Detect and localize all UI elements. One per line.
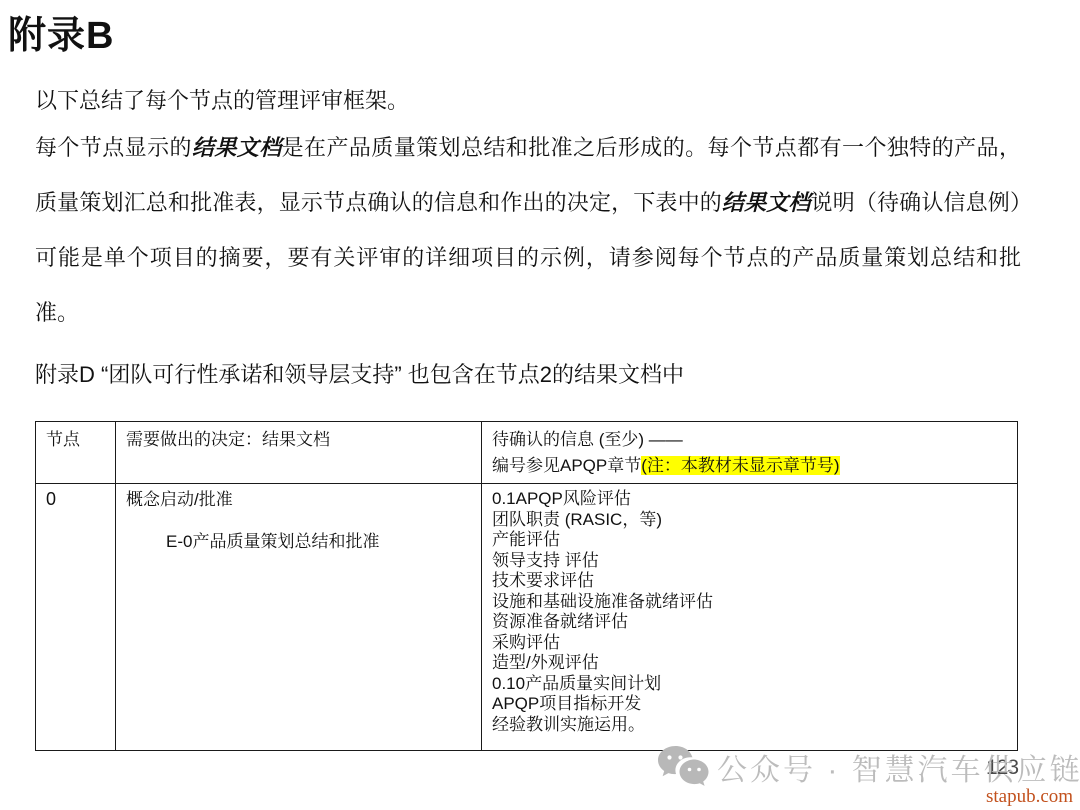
page-title: 附录B (8, 4, 114, 59)
info-item: 产能评估 (492, 530, 1009, 551)
info-item: 经验教训实施运用。 (492, 715, 1009, 736)
info-item: 设施和基础设施准备就绪评估 (492, 592, 1009, 613)
header-decision: 需要做出的决定：结果文档 (116, 422, 482, 484)
info-item-list: 0.1APQP风险评估团队职责 (RASIC，等)产能评估领导支持 评估技术要求… (492, 489, 1009, 735)
paragraph-main-seg1: 每个节点显示的 (35, 135, 192, 160)
header-info-line1: 待确认的信息 (至少) —— (492, 427, 1009, 453)
decision-line2: E-0产品质量策划总结和批准 (126, 531, 473, 552)
info-item: 领导支持 评估 (492, 551, 1009, 572)
info-item: 0.1APQP风险评估 (492, 489, 1009, 510)
info-item: APQP项目指标开发 (492, 694, 1009, 715)
watermark-label: 公众号 · 智慧汽车供应链 (717, 745, 1080, 789)
paragraph-appendix-d: 附录D “团队可行性承诺和领导层支持” 也包含在节点2的结果文档中 (35, 358, 1021, 389)
watermark: 公众号 · 智慧汽车供应链 (655, 744, 1080, 790)
decision-line1: 概念启动/批准 (126, 489, 473, 510)
site-link: stapub.com (986, 786, 1073, 808)
cell-decision: 概念启动/批准 E-0产品质量策划总结和批准 (116, 484, 482, 751)
table-header-row: 节点 需要做出的决定：结果文档 待确认的信息 (至少) —— 编号参见APQP章… (36, 422, 1018, 484)
header-node: 节点 (36, 422, 116, 484)
cell-info: 0.1APQP风险评估团队职责 (RASIC，等)产能评估领导支持 评估技术要求… (482, 484, 1018, 751)
info-item: 造型/外观评估 (492, 653, 1009, 674)
info-item: 资源准备就绪评估 (492, 612, 1009, 633)
management-review-table: 节点 需要做出的决定：结果文档 待确认的信息 (至少) —— 编号参见APQP章… (35, 421, 1018, 751)
header-info-line2-prefix: 编号参见APQP章节 (492, 456, 641, 475)
wechat-icon (655, 744, 711, 790)
header-info-note-highlight: (注：本教材未显示章节号) (641, 456, 839, 475)
paragraph-main-emph1: 结果文档 (192, 135, 282, 160)
node-value: 0 (46, 489, 107, 510)
header-info-line2: 编号参见APQP章节(注：本教材未显示章节号) (492, 453, 1009, 479)
info-item: 0.10产品质量实间计划 (492, 674, 1009, 695)
info-item: 技术要求评估 (492, 571, 1009, 592)
header-info: 待确认的信息 (至少) —— 编号参见APQP章节(注：本教材未显示章节号) (482, 422, 1018, 484)
info-item: 团队职责 (RASIC，等) (492, 510, 1009, 531)
table-row: 0 概念启动/批准 E-0产品质量策划总结和批准 0.1APQP风险评估团队职责… (36, 484, 1018, 751)
paragraph-main-emph2: 结果文档 (722, 190, 811, 215)
paragraph-main: 每个节点显示的结果文档是在产品质量策划总结和批准之后形成的。每个节点都有一个独特… (35, 120, 1021, 340)
info-item: 采购评估 (492, 633, 1009, 654)
paragraph-intro: 以下总结了每个节点的管理评审框架。 (35, 84, 1021, 115)
cell-node: 0 (36, 484, 116, 751)
